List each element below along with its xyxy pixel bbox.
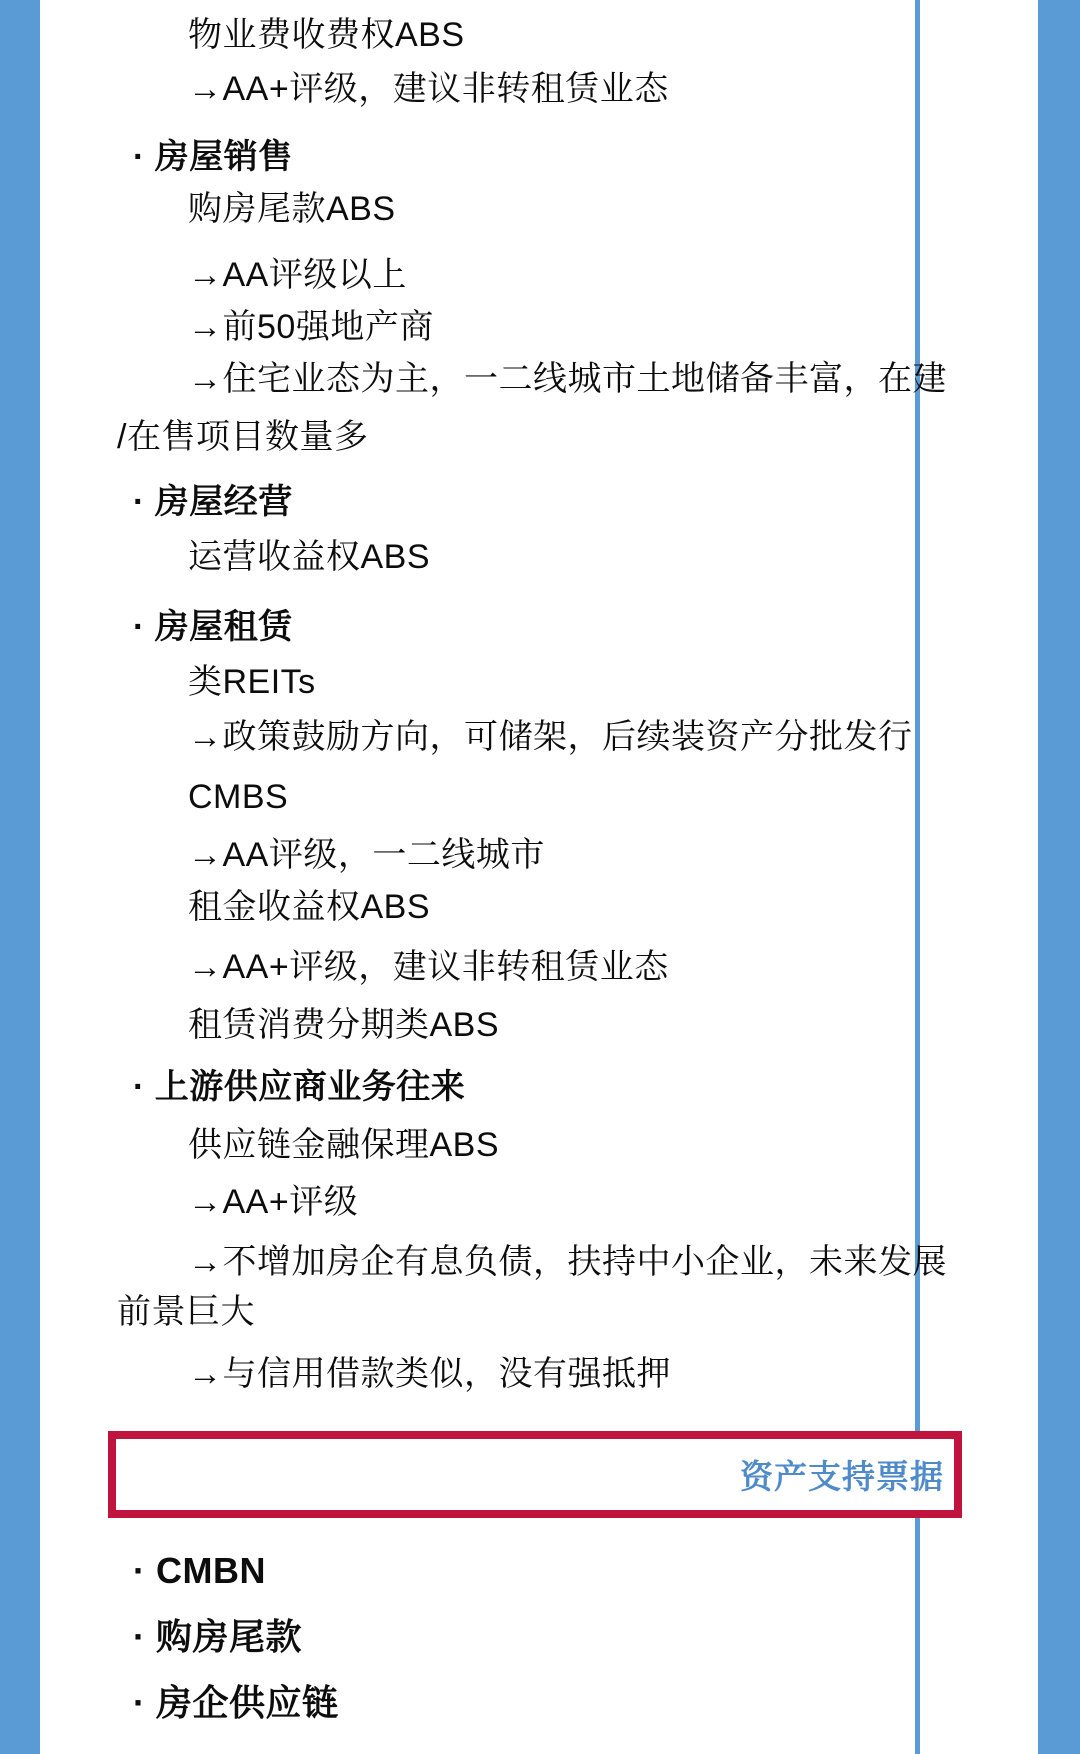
text-line: →AA评级以上 [188,256,407,294]
text-line: →住宅业态为主，一二线城市土地储备丰富，在建 [188,360,947,398]
bullet-item: · 房屋销售 [133,138,293,176]
text-line: →AA评级，一二线城市 [188,836,545,874]
text-line: 购房尾款ABS [188,190,396,228]
text-line: →前50强地产商 [188,308,434,346]
text-line: →AA+评级，建议非转租赁业态 [188,948,669,986]
bullet-item: · CMBN [133,1552,266,1590]
text-line: 物业费收费权ABS [188,16,465,54]
text-line: →与信用借款类似，没有强抵押 [188,1355,671,1393]
text-line: 供应链金融保理ABS [188,1126,499,1164]
text-line: →政策鼓励方向，可储架，后续装资产分批发行 [188,718,913,756]
text-line: 租金收益权ABS [188,888,430,926]
bullet-item: · 房企供应链 [133,1684,339,1722]
text-line: →AA+评级 [188,1183,358,1221]
text-line: →AA+评级，建议非转租赁业态 [188,70,669,108]
asset-backed-notes-box: 资产支持票据 [108,1431,962,1518]
bullet-item: · 房屋经营 [133,483,293,521]
bullet-item: · 购房尾款 [133,1618,302,1656]
text-line: 前景巨大 [117,1293,255,1331]
bullet-item: · 上游供应商业务往来 [133,1068,465,1106]
text-line: →不增加房企有息负债，扶持中小企业，未来发展 [188,1243,947,1281]
left-accent-bar [0,0,40,1754]
text-line: CMBS [188,778,288,816]
text-line: /在售项目数量多 [117,418,368,456]
text-line: 运营收益权ABS [188,538,430,576]
article-page: 物业费收费权ABS →AA+评级，建议非转租赁业态 · 房屋销售 购房尾款ABS… [0,0,1080,1754]
section-label: 资产支持票据 [740,1451,944,1498]
bullet-item: · 房屋租赁 [133,608,293,646]
right-accent-bar [1038,0,1080,1754]
text-line: 类REITs [188,663,316,701]
text-line: 租赁消费分期类ABS [188,1006,499,1044]
